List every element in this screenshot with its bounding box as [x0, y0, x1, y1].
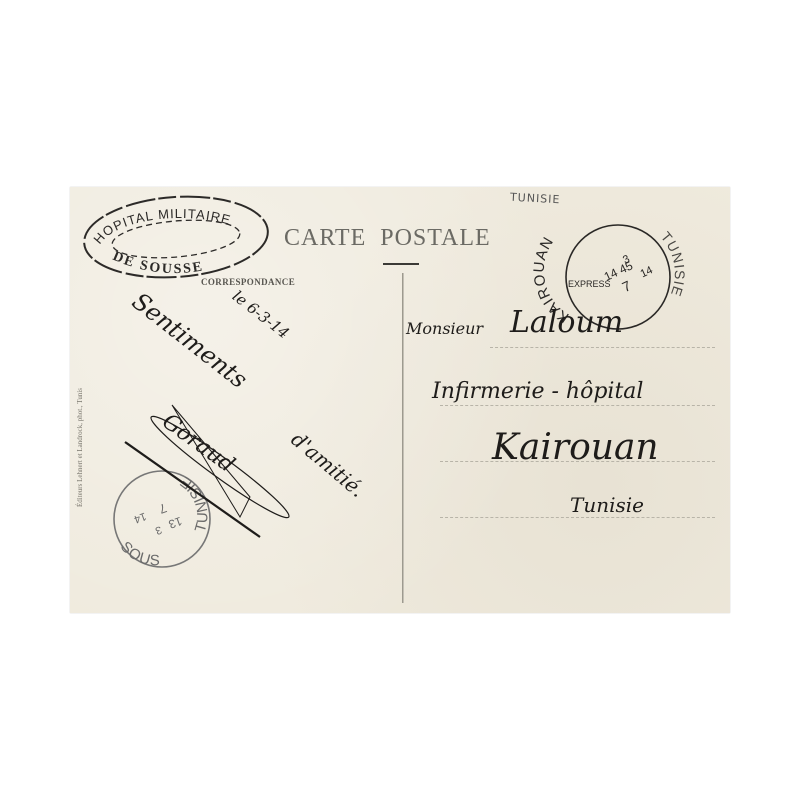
title-word-carte: CARTE [284, 225, 366, 251]
hospital-oval-stamp: HOPITAL MILITAIRE DE SOUSSE [78, 189, 274, 287]
kairouan-tunisie-text: TUNISIE [658, 229, 688, 300]
pencil-note: TUNISIE [510, 191, 561, 207]
address-country: Tunisie [570, 493, 644, 517]
message-date: le 6-3-14 [229, 287, 293, 342]
address-line-4 [440, 517, 715, 518]
kairouan-day: 7 [619, 277, 633, 295]
address-line-1 [490, 347, 715, 348]
express-label: EXPRESS [568, 279, 611, 289]
center-divider [402, 273, 404, 603]
signature-flourish [120, 397, 300, 547]
address-city: Kairouan [492, 427, 659, 468]
svg-text:DE SOUSSE: DE SOUSSE [111, 249, 206, 277]
kairouan-year: 14 [639, 264, 655, 280]
title-underline [383, 263, 419, 265]
address-name: Laloum [510, 305, 623, 340]
svg-text:TUNISIE: TUNISIE [658, 229, 688, 300]
oval-bottom-text: DE SOUSSE [111, 249, 206, 277]
title-word-postale: POSTALE [380, 225, 490, 251]
publisher-line: Éditeurs Lehnert et Landrock, phot., Tun… [76, 388, 84, 507]
address-line-2 [440, 405, 715, 406]
address-salutation: Monsieur [406, 319, 483, 338]
card-title: CARTEPOSTALE [284, 225, 491, 252]
postcard: CARTEPOSTALE CORRESPONDANCE Éditeurs Leh… [70, 187, 730, 613]
address-line1: Infirmerie - hôpital [432, 379, 643, 404]
